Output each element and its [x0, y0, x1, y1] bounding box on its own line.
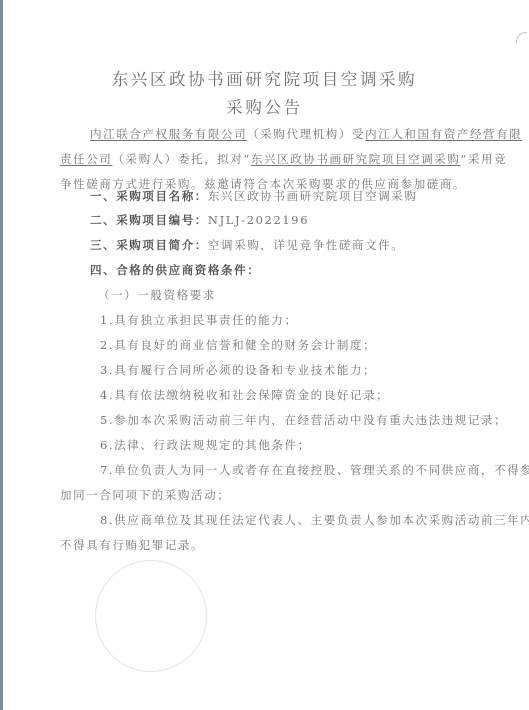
document-subtitle: 采购公告 — [0, 94, 529, 118]
section-2-value: NJLJ-2022196 — [208, 213, 309, 227]
intro-tail: ”采用竞 — [461, 152, 508, 166]
section-2-label: 二、采购项目编号： — [90, 213, 208, 227]
intro-line-1: 内江联合产权服务有限公司（采购代理机构）受内江人和国有资产经营有限 — [90, 126, 522, 142]
section-2: 二、采购项目编号：NJLJ-2022196 — [90, 212, 309, 228]
section-4-label: 四、合格的供应商资格条件： — [90, 262, 260, 278]
general-item-1: 1.具有独立承担民事责任的能力； — [100, 312, 298, 328]
faint-seal-stamp — [95, 560, 207, 672]
document-page: 东兴区政协书画研究院项目空调采购 采购公告 内江联合产权服务有限公司（采购代理机… — [0, 0, 529, 710]
section-3: 三、采购项目简介：空调采购，详见竞争性磋商文件。 — [90, 237, 404, 253]
section-1-value: 东兴区政协书画研究院项目空调采购 — [208, 189, 418, 203]
purchaser-name-2: 责任公司 — [60, 152, 112, 166]
general-item-6: 6.法律、行政法规规定的其他条件； — [100, 437, 311, 453]
intro-line-2: 责任公司（采购人）委托，拟对“东兴区政协书画研究院项目空调采购”采用竞 — [60, 151, 507, 167]
section-3-value: 空调采购，详见竞争性磋商文件。 — [208, 238, 405, 252]
general-item-7a: 7.单位负责人为同一人或者存在直接控股、管理关系的不同供应商，不得参 — [100, 462, 529, 478]
section-1-label: 一、采购项目名称： — [90, 189, 208, 203]
purchaser-name-1: 内江人和国有资产经营有限 — [365, 127, 522, 141]
general-item-2: 2.具有良好的商业信誉和健全的财务会计制度； — [100, 337, 376, 353]
general-item-4: 4.具有依法缴纳税收和社会保障资金的良好记录； — [100, 387, 389, 403]
general-requirements-header: （一）一般资格要求 — [98, 287, 216, 303]
section-3-label: 三、采购项目简介： — [90, 238, 208, 252]
general-item-8b: 不得具有行贿犯罪记录。 — [60, 537, 204, 553]
general-item-5: 5.参加本次采购活动前三年内，在经营活动中没有重大违法违规记录； — [100, 412, 507, 428]
general-item-3: 3.具有履行合同所必须的设备和专业技术能力； — [100, 362, 376, 378]
agency-name: 内江联合产权服务有限公司 — [90, 127, 247, 141]
section-1: 一、采购项目名称：东兴区政协书画研究院项目空调采购 — [90, 188, 418, 204]
document-title: 东兴区政协书画研究院项目空调采购 — [0, 66, 529, 90]
project-name-ref: 东兴区政协书画研究院项目空调采购 — [251, 152, 461, 166]
agency-role: （采购代理机构）受 — [247, 127, 365, 141]
purchaser-role: （采购人）委托，拟对“ — [112, 152, 250, 166]
general-item-7b: 加同一合同项下的采购活动； — [60, 487, 230, 503]
general-item-8a: 8.供应商单位及其现任法定代表人、主要负责人参加本次采购活动前三年内 — [100, 512, 529, 528]
